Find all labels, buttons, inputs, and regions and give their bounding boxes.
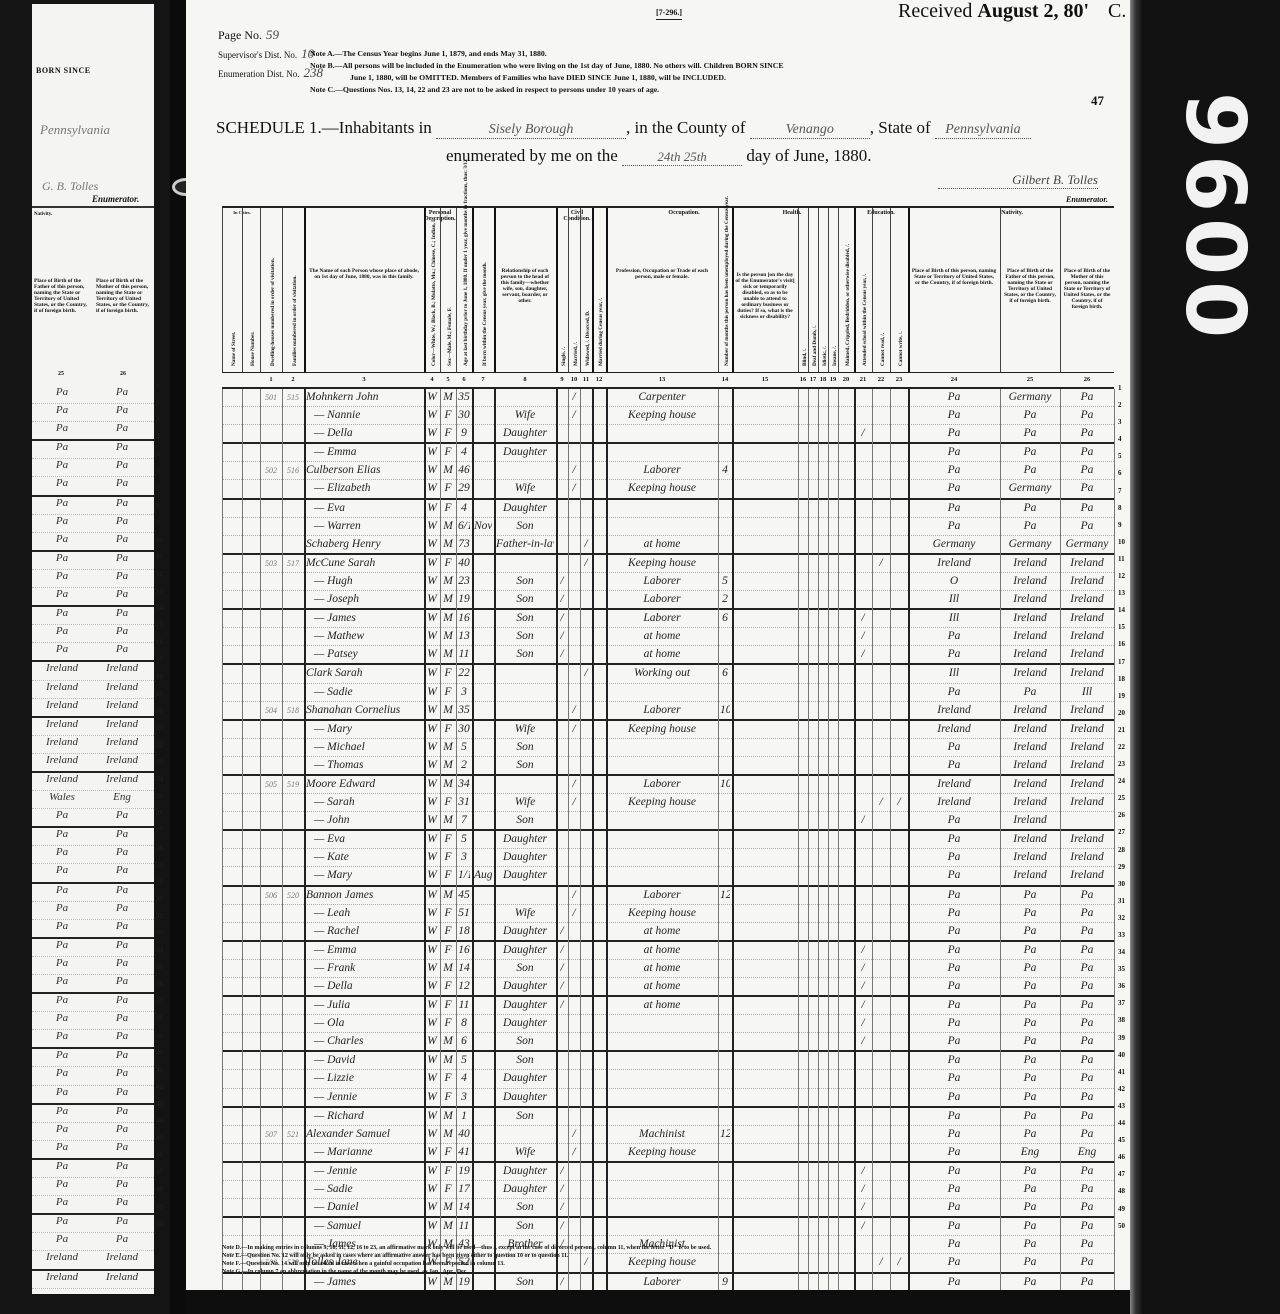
cell-rel: Son xyxy=(496,575,554,587)
cell-fbp: Pa xyxy=(1002,1276,1058,1288)
cell-fbp: Pa xyxy=(1002,520,1058,532)
cell-school: / xyxy=(856,1201,870,1213)
cell-color: W xyxy=(426,814,438,826)
cell-school: / xyxy=(856,944,870,956)
column-number: 14 xyxy=(722,376,729,383)
cell-married: / xyxy=(570,482,578,494)
cell-occ: Keeping house xyxy=(608,482,716,494)
cell-bp: Pa xyxy=(910,1146,998,1158)
left-row-number: 12 xyxy=(156,570,170,587)
mother-birthplace: Pa xyxy=(92,422,152,439)
cell-bp: Pa xyxy=(910,980,998,992)
column-number: 23 xyxy=(896,376,903,383)
cell-school: / xyxy=(856,1183,870,1195)
father-birthplace: Pa xyxy=(32,459,92,476)
row-number: 32 xyxy=(1118,914,1130,931)
cell-name: — Michael xyxy=(306,741,430,753)
father-birthplace: Pa xyxy=(32,1067,92,1084)
cell-age: 8 xyxy=(458,1017,470,1029)
table-body: 501515Mohnkern JohnWM35/CarpenterPaGerma… xyxy=(222,389,1114,1310)
census-table: In Cities. Personal Description. Civil C… xyxy=(222,206,1114,1310)
cell-age: 23 xyxy=(458,575,470,587)
cell-fbp: Pa xyxy=(1002,1110,1058,1122)
mother-birthplace: Pa xyxy=(92,939,152,956)
note-b-cont: June 1, 1880, will be OMITTED. Members o… xyxy=(310,72,1050,84)
cell-sex: M xyxy=(442,1276,454,1288)
table-row: 506520Bannon JamesWM45/Laborer12PaPaPa xyxy=(222,887,1114,905)
cell-sex: M xyxy=(442,741,454,753)
left-nativity-row: IrelandIreland xyxy=(32,754,154,773)
father-birthplace: Pa xyxy=(32,588,92,605)
cell-sex: F xyxy=(442,869,454,881)
cell-fbp: Ireland xyxy=(1002,759,1058,771)
row-number: 18 xyxy=(1118,675,1130,692)
cell-rel: Son xyxy=(496,1276,554,1288)
cell-bp: Pa xyxy=(910,1091,998,1103)
cell-unemp: 2 xyxy=(720,593,730,605)
cell-age: 46 xyxy=(458,464,470,476)
cell-single: / xyxy=(558,648,566,660)
cell-dw: 502 xyxy=(262,466,280,475)
cell-mbp: Pa xyxy=(1062,520,1112,532)
cell-name: Bannon James xyxy=(306,889,422,901)
cell-color: W xyxy=(426,648,438,660)
header-divider xyxy=(580,208,581,372)
table-row: — EvaWF5DaughterPaIrelandIreland xyxy=(222,831,1114,849)
cell-age: 4 xyxy=(458,502,470,514)
left-row-number: 43 xyxy=(156,1100,170,1117)
cell-age: 9 xyxy=(458,427,470,439)
cell-name: — Frank xyxy=(306,962,430,974)
cell-bp: Pa xyxy=(910,630,998,642)
supervisor-label: Supervisor's Dist. No. xyxy=(218,50,297,60)
cell-fbp: Pa xyxy=(1002,1201,1058,1213)
left-nativity-row: PaPa xyxy=(32,386,154,404)
page-no-label: Page No. xyxy=(218,28,262,42)
cell-age: 13 xyxy=(458,630,470,642)
cell-bp: Pa xyxy=(910,999,998,1011)
cell-bp: Pa xyxy=(910,1072,998,1084)
table-row: — JamesWM16Son/Laborer6/IllIrelandIrelan… xyxy=(222,610,1114,628)
mother-birthplace: Pa xyxy=(92,1105,152,1122)
left-row-number: 35 xyxy=(156,963,170,980)
column-header-2: Families numbered in order of visitation… xyxy=(292,275,298,366)
cell-fbp: Eng xyxy=(1002,1146,1058,1158)
scan-bottom-edge xyxy=(186,1290,1130,1314)
left-nativity-row: PaPa xyxy=(32,1233,154,1251)
cell-fbp: Pa xyxy=(1002,1165,1058,1177)
table-row: — LeahWF51Wife/Keeping housePaPaPa xyxy=(222,905,1114,923)
left-nativity-row: PaPa xyxy=(32,570,154,588)
row-number: 22 xyxy=(1118,743,1130,760)
father-birthplace: Ireland xyxy=(32,681,92,698)
state-label: , State of xyxy=(870,118,931,137)
father-birthplace: Pa xyxy=(32,994,92,1011)
father-birthplace: Ireland xyxy=(32,773,92,790)
cell-age: 5 xyxy=(458,833,470,845)
father-birthplace: Pa xyxy=(32,643,92,660)
row-number: 4 xyxy=(1118,435,1130,452)
cell-sex: F xyxy=(442,907,454,919)
father-birthplace xyxy=(32,1289,92,1294)
cell-age: 30 xyxy=(458,723,470,735)
mother-birthplace: Pa xyxy=(92,570,152,587)
cell-age: 30 xyxy=(458,409,470,421)
cell-color: W xyxy=(426,1054,438,1066)
father-birthplace: Pa xyxy=(32,1233,92,1250)
left-nativity-row: PaPa xyxy=(32,1086,154,1105)
father-birthplace: Ireland xyxy=(32,1271,92,1288)
father-birthplace: Pa xyxy=(32,1049,92,1066)
left-row-number: 14 xyxy=(156,604,170,621)
cell-sex: F xyxy=(442,427,454,439)
left-row-number: 40 xyxy=(156,1049,170,1066)
cell-mbp: Pa xyxy=(1062,409,1112,421)
cell-sex: F xyxy=(442,925,454,937)
cell-rel: Father-in-law xyxy=(496,538,554,550)
cell-name: Alexander Samuel xyxy=(306,1128,422,1140)
left-nativity-row: PaPa xyxy=(32,422,154,441)
father-birthplace: Pa xyxy=(32,920,92,937)
cell-name: Shanahan Cornelius xyxy=(306,704,422,716)
cell-occ: Carpenter xyxy=(608,391,716,403)
county-label: , in the County of xyxy=(626,118,745,137)
cell-rel: Daughter xyxy=(496,851,554,863)
left-row-number: 18 xyxy=(156,673,170,690)
mother-birthplace: Pa xyxy=(92,1123,152,1140)
cell-occ: at home xyxy=(608,630,716,642)
cell-mbp: Pa xyxy=(1062,1091,1112,1103)
header-divider xyxy=(556,208,558,372)
cell-name: — David xyxy=(306,1054,430,1066)
mother-birthplace: Pa xyxy=(92,1030,152,1047)
cell-married: / xyxy=(570,409,578,421)
row-number: 44 xyxy=(1118,1119,1130,1136)
father-birthplace: Pa xyxy=(32,1012,92,1029)
column-header-x0: Name of Street. xyxy=(231,332,237,366)
cell-rel: Wife xyxy=(496,482,554,494)
table-row: — JosephWM19Son/Laborer2IllIrelandIrelan… xyxy=(222,591,1114,610)
header-divider xyxy=(890,208,891,372)
cell-rel: Daughter xyxy=(496,944,554,956)
row-number: 23 xyxy=(1118,760,1130,777)
cell-age: 19 xyxy=(458,593,470,605)
table-row: — MathewWM13Son/at home/PaIrelandIreland xyxy=(222,628,1114,646)
mother-birthplace: Pa xyxy=(92,607,152,624)
enumerated-prefix: enumerated by me on the xyxy=(446,146,618,165)
father-birthplace: Pa xyxy=(32,884,92,901)
cell-single: / xyxy=(558,1201,566,1213)
cell-fbp: Ireland xyxy=(1002,630,1058,642)
cell-married: / xyxy=(570,704,578,716)
table-row: — DellaWF12Daughter/at home/PaPaPa xyxy=(222,978,1114,997)
cell-sex: M xyxy=(442,648,454,660)
column-number: 16 xyxy=(800,376,807,383)
column-header-12: Married during Census year, /. xyxy=(598,298,604,366)
cell-name: — Eva xyxy=(306,833,430,845)
cell-bp: Ill xyxy=(910,612,998,624)
left-row-number: 16 xyxy=(156,638,170,655)
cell-single: / xyxy=(558,962,566,974)
cell-name: Clark Sarah xyxy=(306,667,422,679)
cell-bp: Pa xyxy=(910,814,998,826)
column-number: 10 xyxy=(571,376,578,383)
table-row: — JuliaWF11Daughter/at home/PaPaPa xyxy=(222,997,1114,1015)
cell-age: 2 xyxy=(458,759,470,771)
cell-fbp: Pa xyxy=(1002,1072,1058,1084)
cell-school: / xyxy=(856,648,870,660)
cell-fbp: Pa xyxy=(1002,980,1058,992)
mother-birthplace: Pa xyxy=(92,1233,152,1250)
cell-fbp: Pa xyxy=(1002,502,1058,514)
cell-dw: 501 xyxy=(262,393,280,402)
cell-school: / xyxy=(856,612,870,624)
census-sheet: [7-296.] Received August 2, 80' C. Page … xyxy=(186,0,1130,1290)
left-row-number: 47 xyxy=(156,1168,170,1185)
cell-unemp: 6 xyxy=(720,612,730,624)
left-nativity-row: PaPa xyxy=(32,477,154,496)
left-row-number: 24 xyxy=(156,775,170,792)
cell-mbp: Germany xyxy=(1062,538,1112,550)
cell-dw: 507 xyxy=(262,1130,280,1139)
cell-name: — Lizzie xyxy=(306,1072,430,1084)
left-row-number: 44 xyxy=(156,1117,170,1134)
cell-unemp: 5 xyxy=(720,575,730,587)
cell-sex: F xyxy=(442,999,454,1011)
row-number: 40 xyxy=(1118,1051,1130,1068)
father-birthplace: Pa xyxy=(32,975,92,992)
left-row-number: 11 xyxy=(156,553,170,570)
cell-color: W xyxy=(426,1072,438,1084)
cell-rel: Daughter xyxy=(496,502,554,514)
left-nativity-row: PaPa xyxy=(32,1141,154,1160)
cell-school: / xyxy=(856,1017,870,1029)
row-number: 7 xyxy=(1118,487,1130,504)
note-a: Note A.—The Census Year begins June 1, 1… xyxy=(310,48,1050,60)
cell-name: — James xyxy=(306,1276,430,1288)
cell-color: W xyxy=(426,907,438,919)
cell-name: — Emma xyxy=(306,446,430,458)
cell-school: / xyxy=(856,999,870,1011)
cell-single: / xyxy=(558,925,566,937)
cell-sex: F xyxy=(442,1072,454,1084)
table-row: — SadieWF3PaPaIll xyxy=(222,684,1114,702)
cell-color: W xyxy=(426,723,438,735)
cell-occ: Keeping house xyxy=(608,557,716,569)
row-number: 12 xyxy=(1118,572,1130,589)
mother-birthplace: Pa xyxy=(92,477,152,494)
cell-age: 19 xyxy=(458,1276,470,1288)
header-divider xyxy=(222,208,223,372)
cell-name: — Mathew xyxy=(306,630,430,642)
cell-age: 34 xyxy=(458,778,470,790)
cell-rel: Son xyxy=(496,814,554,826)
left-nativity-row: PaPa xyxy=(32,994,154,1012)
cell-school: / xyxy=(856,1165,870,1177)
left-nativity-row: PaPa xyxy=(32,1030,154,1049)
left-row-number: 38 xyxy=(156,1014,170,1031)
cell-age: 14 xyxy=(458,1201,470,1213)
cell-name: — Sadie xyxy=(306,1183,430,1195)
cell-fbp: Germany xyxy=(1002,391,1058,403)
cell-fbp: Germany xyxy=(1002,538,1058,550)
left-header-rule xyxy=(32,206,154,208)
cell-fbp: Pa xyxy=(1002,427,1058,439)
father-birthplace: Pa xyxy=(32,1086,92,1103)
cell-fbp: Pa xyxy=(1002,962,1058,974)
left-row-number: 37 xyxy=(156,997,170,1014)
cell-age: 14 xyxy=(458,962,470,974)
received-stamp: Received August 2, 80' xyxy=(898,0,1089,23)
left-nativity-row: IrelandIreland xyxy=(32,773,154,791)
cell-mbp: Ireland xyxy=(1062,741,1112,753)
cell-name: Schaberg Henry xyxy=(306,538,422,550)
cell-school: / xyxy=(856,1220,870,1232)
left-state-handwriting: Pennsylvania xyxy=(40,122,110,138)
cell-name: — Mary xyxy=(306,723,430,735)
enumeration-district-label: Enumeration Dist. No. xyxy=(218,69,300,79)
cell-sex: M xyxy=(442,759,454,771)
table-row: — MarianneWF41Wife/Keeping housePaEngEng xyxy=(222,1144,1114,1163)
mother-birthplace: Pa xyxy=(92,1196,152,1213)
cell-bp: Pa xyxy=(910,409,998,421)
left-row-number: 49 xyxy=(156,1203,170,1220)
cell-rel: Son xyxy=(496,593,554,605)
row-number: 14 xyxy=(1118,606,1130,623)
cell-mbp: Pa xyxy=(1062,944,1112,956)
cell-fbp: Pa xyxy=(1002,1128,1058,1140)
cell-fbp: Ireland xyxy=(1002,612,1058,624)
father-birthplace: Pa xyxy=(32,1160,92,1177)
header-divider xyxy=(494,208,496,372)
cell-age: 1/12 xyxy=(458,869,470,881)
table-row: — WarrenWM6/12NovSonPaPaPa xyxy=(222,518,1114,536)
left-nativity-row: PaPa xyxy=(32,846,154,864)
row-number: 27 xyxy=(1118,828,1130,845)
cell-bp: O xyxy=(910,575,998,587)
row-number: 6 xyxy=(1118,469,1130,486)
mother-birthplace: Ireland xyxy=(92,754,152,771)
cell-bp: Pa xyxy=(910,1220,998,1232)
row-number: 3 xyxy=(1118,418,1130,435)
mother-birthplace: Pa xyxy=(92,846,152,863)
cell-fbp: Ireland xyxy=(1002,557,1058,569)
father-birthplace: Pa xyxy=(32,404,92,421)
table-row: 507521Alexander SamuelWM40/Machinist12Pa… xyxy=(222,1126,1114,1144)
mother-birthplace: Pa xyxy=(92,533,152,550)
cell-sex: F xyxy=(442,446,454,458)
cell-bp: Pa xyxy=(910,833,998,845)
header-notes: Note A.—The Census Year begins June 1, 1… xyxy=(310,48,1050,96)
cell-mbp: Pa xyxy=(1062,482,1112,494)
column-number: 13 xyxy=(659,376,666,383)
left-nativity-row: PaPa xyxy=(32,533,154,552)
column-number: 1 xyxy=(269,376,272,383)
left-nativity-row: PaPa xyxy=(32,920,154,939)
cell-occ: Keeping house xyxy=(608,907,716,919)
cell-name: — Jennie xyxy=(306,1165,430,1177)
cell-mbp: Ireland xyxy=(1062,667,1112,679)
header-divider xyxy=(424,208,426,372)
left-nativity-row: PaPa xyxy=(32,809,154,828)
father-birthplace: Pa xyxy=(32,939,92,956)
column-header-7: If born within the Census year, give the… xyxy=(482,262,488,366)
father-birthplace: Pa xyxy=(32,625,92,642)
cell-mbp: Pa xyxy=(1062,502,1112,514)
left-nativity-row: IrelandIreland xyxy=(32,662,154,680)
father-birthplace: Pa xyxy=(32,1123,92,1140)
cell-color: W xyxy=(426,1276,438,1288)
father-birthplace: Pa xyxy=(32,828,92,845)
mother-birthplace: Pa xyxy=(92,809,152,826)
row-number: 1 xyxy=(1118,384,1130,401)
column-header-26: Place of Birth of the Mother of this per… xyxy=(1063,268,1111,310)
header-divider xyxy=(798,208,799,372)
mother-birthplace: Pa xyxy=(92,864,152,881)
cell-age: 41 xyxy=(458,1146,470,1158)
cell-m7: Aug xyxy=(474,869,492,881)
cell-name: — Elizabeth xyxy=(306,482,430,494)
cell-color: W xyxy=(426,1220,438,1232)
cell-sex: F xyxy=(442,723,454,735)
cell-mbp: Ireland xyxy=(1062,648,1112,660)
left-row-number: 8 xyxy=(156,502,170,519)
cell-color: W xyxy=(426,1091,438,1103)
cell-bp: Ireland xyxy=(910,796,998,808)
table-row: Clark SarahWF22/Working out6IllIrelandIr… xyxy=(222,665,1114,683)
mother-birthplace: Ireland xyxy=(92,699,152,716)
table-row: — MichaelWM5SonPaIrelandIreland xyxy=(222,739,1114,757)
cell-name: — Patsey xyxy=(306,648,430,660)
cell-sex: M xyxy=(442,464,454,476)
enumeration-date-line: enumerated by me on the 24th 25th day of… xyxy=(446,146,871,166)
cell-mbp: Ill xyxy=(1062,686,1112,698)
left-row-number: 22 xyxy=(156,741,170,758)
cell-bp: Pa xyxy=(910,1110,998,1122)
left-nativity-row: PaPa xyxy=(32,864,154,883)
header-divider xyxy=(472,208,474,372)
row-number: 42 xyxy=(1118,1085,1130,1102)
cell-color: W xyxy=(426,502,438,514)
cell-bp: Pa xyxy=(910,648,998,660)
cell-sex: F xyxy=(442,1165,454,1177)
mother-birthplace: Pa xyxy=(92,975,152,992)
enumerator-signature: Gilbert B. Tolles xyxy=(938,172,1098,189)
cell-name: — Della xyxy=(306,427,430,439)
father-birthplace: Ireland xyxy=(32,699,92,716)
table-row: — JamesWM19Son/Laborer9PaPaPa xyxy=(222,1274,1114,1292)
cell-single: / xyxy=(558,612,566,624)
cell-rel: Son xyxy=(496,1035,554,1047)
cell-age: 1 xyxy=(458,1110,470,1122)
cell-color: W xyxy=(426,482,438,494)
table-row: 501515Mohnkern JohnWM35/CarpenterPaGerma… xyxy=(222,389,1114,407)
header-divider xyxy=(606,208,608,372)
cell-m7: Nov xyxy=(474,520,492,532)
row-number: 49 xyxy=(1118,1205,1130,1222)
cell-bp: Pa xyxy=(910,1165,998,1177)
cell-fbp: Ireland xyxy=(1002,869,1058,881)
cell-married: / xyxy=(570,796,578,808)
cell-cw: / xyxy=(892,796,906,808)
left-row-number: 20 xyxy=(156,707,170,724)
cell-rel: Son xyxy=(496,648,554,660)
left-nativity-rows: PaPaPaPaPaPaPaPaPaPaPaPaPaPaPaPaPaPaPaPa… xyxy=(32,386,154,1294)
cell-color: W xyxy=(426,1165,438,1177)
cell-sex: M xyxy=(442,1220,454,1232)
cell-fam: 520 xyxy=(284,891,302,900)
table-row: Schaberg HenryWM73Father-in-law/at homeG… xyxy=(222,536,1114,555)
